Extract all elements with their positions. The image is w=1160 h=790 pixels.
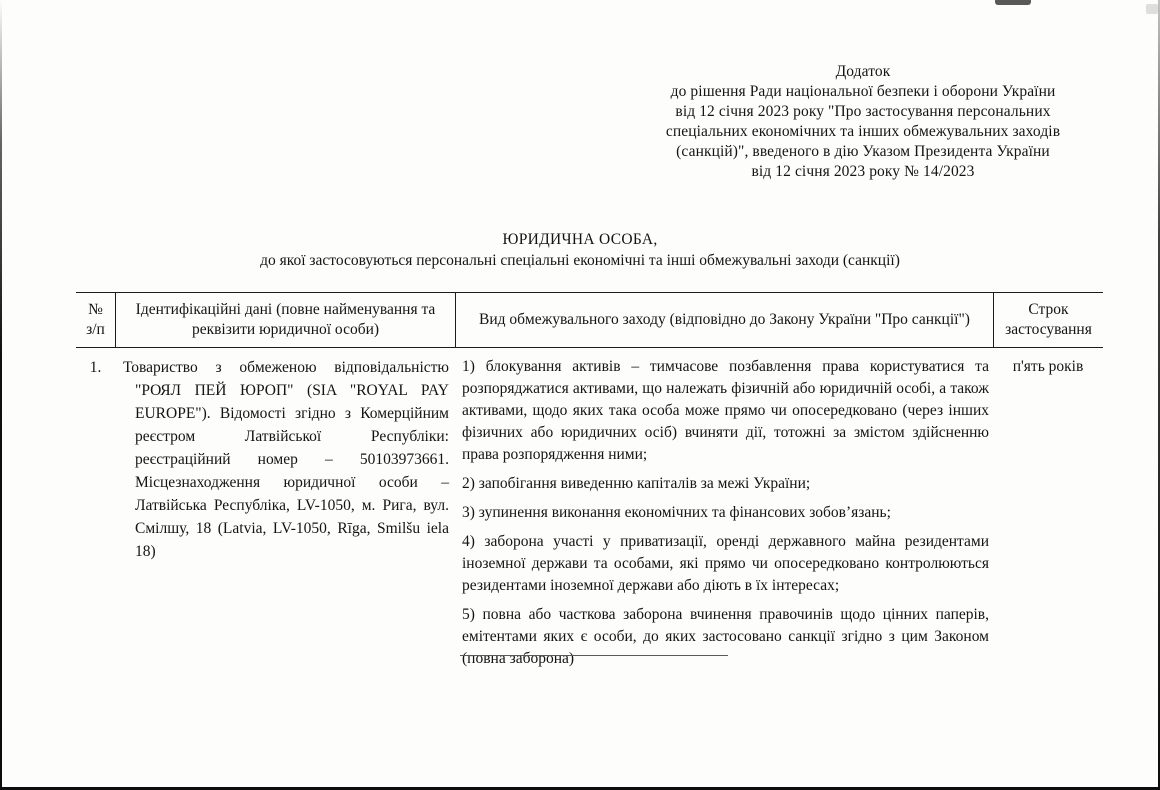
annex-line: від 12 січня 2023 року "Про застосування…: [624, 102, 1102, 122]
table-row: 1. Товариство з обмеженою відповідальніс…: [76, 348, 1103, 677]
sanctions-table: № з/п Ідентифікаційні дані (повне наймен…: [76, 292, 1103, 677]
measure-item: 2) запобігання виведенню капіталів за ме…: [462, 473, 989, 495]
document-title: ЮРИДИЧНА ОСОБА, до якої застосовуються п…: [0, 229, 1160, 271]
annex-line: від 12 січня 2023 року № 14/2023: [624, 162, 1102, 182]
cell-term: п'ять років: [993, 348, 1103, 677]
measure-item: 1) блокування активів – тимчасове позбав…: [462, 356, 989, 466]
measure-item: 4) заборона участі у приватизації, оренд…: [462, 531, 989, 597]
scan-edge-left: [0, 0, 2, 790]
annex-line: (санкцій)", введеного в дію Указом Прези…: [624, 142, 1102, 162]
annex-line: Додаток: [624, 62, 1102, 82]
cell-identification: Товариство з обмеженою відповідальністю …: [115, 348, 455, 677]
measure-item: 5) повна або часткова заборона вчинення …: [462, 604, 989, 670]
column-header-measure: Вид обмежувального заходу (відповідно до…: [455, 293, 993, 347]
document-title-sub: до якої застосовуються персональні спеці…: [0, 250, 1160, 271]
scanned-document-page: Додаток до рішення Ради національної без…: [0, 0, 1160, 790]
table-header-row: № з/п Ідентифікаційні дані (повне наймен…: [76, 292, 1103, 348]
column-header-term: Строк застосування: [993, 293, 1103, 347]
document-title-main: ЮРИДИЧНА ОСОБА,: [0, 229, 1160, 250]
annex-line: спеціальних економічних та інших обмежув…: [624, 122, 1102, 142]
cell-row-number: 1.: [76, 348, 115, 677]
separator-line: [460, 655, 728, 656]
column-header-number: № з/п: [76, 293, 115, 347]
identification-text: Товариство з обмеженою відповідальністю …: [123, 356, 449, 563]
column-header-identification: Ідентифікаційні дані (повне найменування…: [115, 293, 455, 347]
measure-item: 3) зупинення виконання економічних та фі…: [462, 502, 989, 524]
annex-line: до рішення Ради національної безпеки і о…: [624, 82, 1102, 102]
scan-artifact-smudge: [995, 0, 1031, 5]
annex-reference-block: Додаток до рішення Ради національної без…: [624, 62, 1102, 182]
cell-measures: 1) блокування активів – тимчасове позбав…: [455, 348, 993, 677]
scan-artifact-corner: [1146, 4, 1158, 14]
